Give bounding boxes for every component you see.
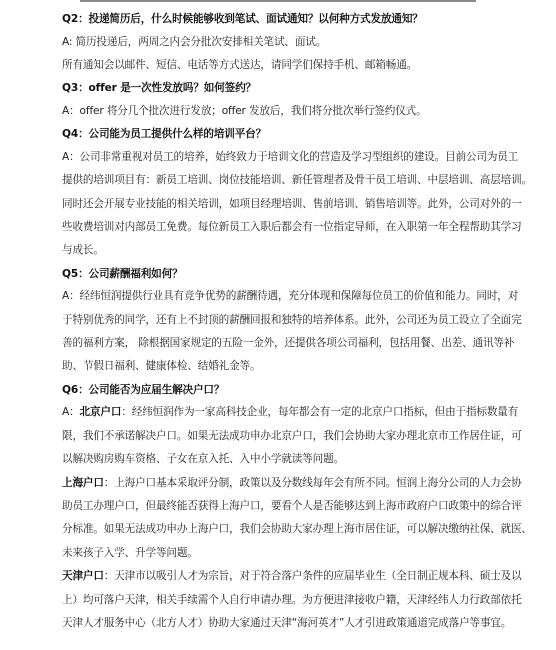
question-q4: Q4：公司能为员工提供什么样的培训平台？	[62, 123, 498, 146]
page-top-rule	[80, 0, 476, 2]
question-q3: Q3：offer 是一次性发放吗？如何签约？	[62, 77, 498, 100]
answer-q6-shanghai-line-2: 助员工办理户口，但最终能否获得上海户口，要看个人是否能够达到上海市政府户口政策中…	[62, 495, 498, 518]
tianjin-hukou-label: 天津户口	[62, 570, 104, 582]
faq-document: Q2：投递简历后，什么时候能够收到笔试、面试通知？以何种方式发放通知？ A: 简…	[62, 8, 498, 635]
answer-q4-line-3: 同时还会开展专业技能的相关培训，如项目经理培训、售前培训、销售培训等。此外，公司…	[62, 193, 498, 216]
answer-q5-line-4: 助、节假日福利、健康体检、结婚礼金等。	[62, 355, 498, 378]
shanghai-hukou-text: ：上海户口基本采取评分制，政策以及分数线每年会有所不同。恒润上海分公司的人力会协	[104, 477, 522, 489]
answer-q3-line-1: A：offer 将分几个批次进行发放；offer 发放后，我们将分批次举行签约仪…	[62, 100, 498, 123]
answer-q6-tianjin-line-2: 上）均可落户天津，相关手续需个人自行申请办理。为方便进津接收户籍，天津经纬人力行…	[62, 589, 498, 612]
answer-q5-line-3: 善的福利方案， 除根据国家规定的五险一金外，还提供各项公司福利，包括用餐、出差、…	[62, 332, 498, 355]
answer-q2-line-2: 所有通知会以邮件、短信、电话等方式送达，请同学们保持手机、邮箱畅通。	[62, 54, 498, 77]
answer-prefix: A：	[62, 406, 80, 418]
beijing-hukou-label: 北京户口	[80, 406, 122, 418]
question-q6: Q6：公司能否为应届生解决户口？	[62, 379, 498, 402]
answer-q4-line-1: A：公司非常重视对员工的培养，始终致力于培训文化的营造及学习型组织的建设。目前公…	[62, 146, 498, 169]
answer-q6-tianjin-line-3: 天津人才服务中心（北方人才）协助大家通过天津“海河英才”人才引进政策通道完成落户…	[62, 612, 498, 635]
answer-q6-beijing-line-2: 限，我们不承诺解决户口。如果无法成功申办北京户口，我们会协助大家办理北京市工作居…	[62, 425, 498, 448]
beijing-hukou-text: ：经纬恒润作为一家高科技企业，每年都会有一定的北京户口指标，但由于指标数量有	[121, 406, 518, 418]
answer-q4-line-5: 与成长。	[62, 239, 498, 262]
answer-q4-line-4: 些收费培训对内部员工免费。每位新员工入职后都会有一位指定导师，在入职第一年全程帮…	[62, 216, 498, 239]
answer-q5-line-1: A：经纬恒润提供行业具有竞争优势的薪酬待遇，充分体现和保障每位员工的价值和能力。…	[62, 285, 498, 308]
shanghai-hukou-label: 上海户口	[62, 477, 104, 489]
tianjin-hukou-text: ：天津市以吸引人才为宗旨，对于符合落户条件的应届毕业生（全日制正规本科、硕士及以	[104, 570, 522, 582]
answer-q4-line-2: 提供的培训项目有：新员工培训、岗位技能培训、新任管理者及骨干员工培训、中层培训、…	[62, 169, 498, 192]
answer-q6-beijing-line-1: A：北京户口：经纬恒润作为一家高科技企业，每年都会有一定的北京户口指标，但由于指…	[62, 401, 498, 424]
answer-q6-shanghai-line-4: 未来孩子入学、升学等问题。	[62, 542, 498, 565]
answer-q2-line-1: A: 简历投递后，两周之内会分批次安排相关笔试、面试。	[62, 31, 498, 54]
question-q2: Q2：投递简历后，什么时候能够收到笔试、面试通知？以何种方式发放通知？	[62, 8, 498, 31]
question-q5: Q5：公司薪酬福利如何？	[62, 263, 498, 286]
answer-q6-shanghai-line-3: 分标准。如果无法成功申办上海户口，我们会协助大家办理上海市居住证，可以解决缴纳社…	[62, 518, 498, 541]
answer-q6-shanghai-line-1: 上海户口：上海户口基本采取评分制，政策以及分数线每年会有所不同。恒润上海分公司的…	[62, 472, 498, 495]
answer-q5-line-2: 于特别优秀的同学，还有上不封顶的薪酬回报和独特的培养体系。此外，公司还为员工设立…	[62, 309, 498, 332]
answer-q6-beijing-line-3: 以解决购房购车资格、子女在京入托、入中小学就读等问题。	[62, 448, 498, 471]
answer-q6-tianjin-line-1: 天津户口：天津市以吸引人才为宗旨，对于符合落户条件的应届毕业生（全日制正规本科、…	[62, 565, 498, 588]
